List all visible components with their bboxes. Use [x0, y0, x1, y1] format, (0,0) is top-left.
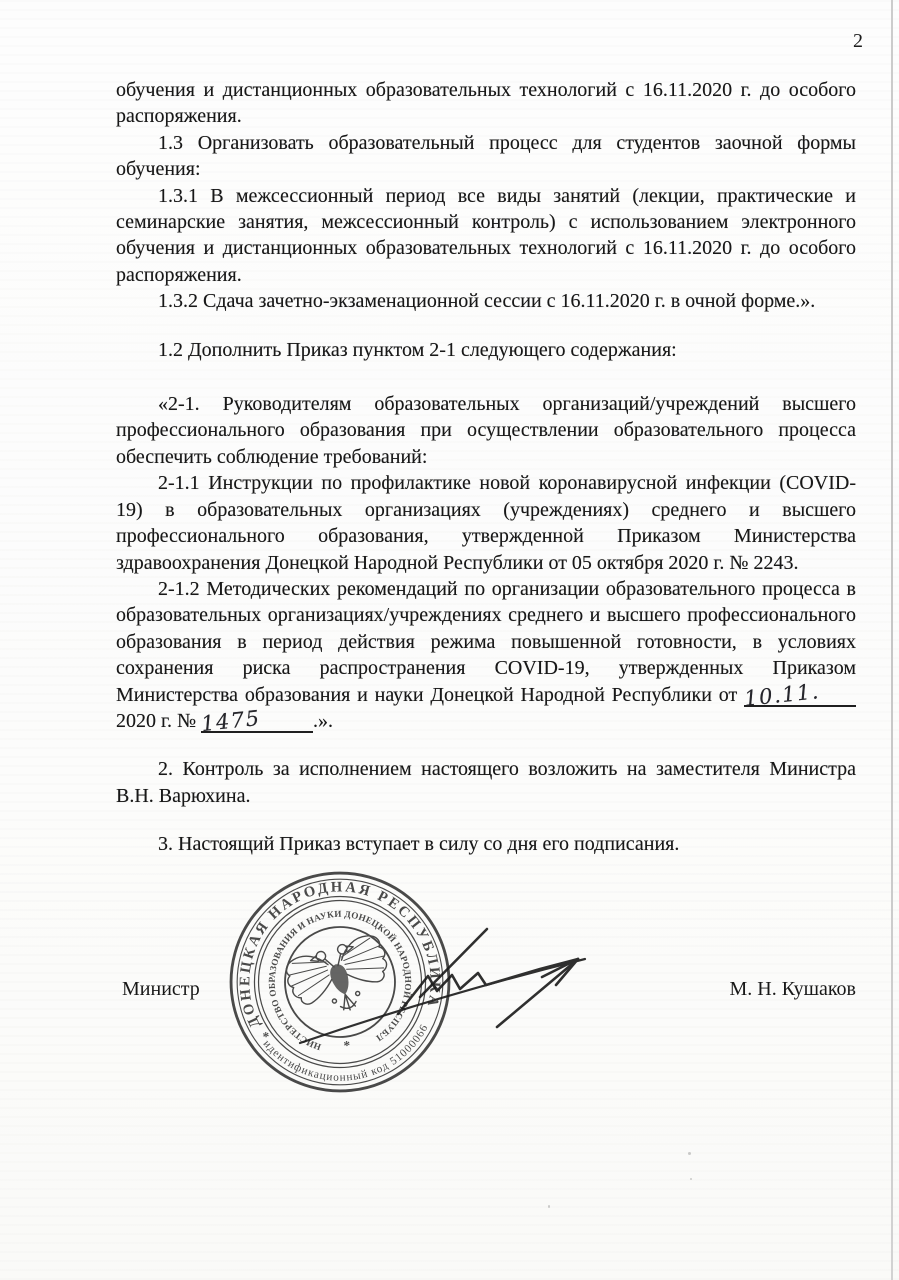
scan-edge-line [891, 0, 893, 1280]
document-paragraph: 2. Контроль за исполнением настоящего во… [116, 756, 856, 809]
scan-speck [548, 1205, 550, 1208]
paragraph-text: 2020 г. № [116, 710, 196, 732]
scan-speck [690, 1178, 692, 1180]
page-number: 2 [853, 30, 863, 53]
document-paragraph: 1.3 Организовать образовательный процесс… [116, 130, 856, 183]
handwritten-date: 10.11. [743, 681, 820, 709]
document-paragraph-with-blanks: 2-1.2 Методических рекомендаций по орган… [116, 576, 856, 734]
document-paragraph: «2-1. Руководителям образовательных орга… [116, 391, 856, 470]
scan-speck [688, 1152, 691, 1155]
minister-signature [250, 906, 622, 1048]
order-number-blank: 1475 [201, 710, 313, 733]
document-paragraph: 1.3.1 В межсессионный период все виды за… [116, 183, 856, 289]
date-blank: 10.11. [744, 684, 856, 707]
scanned-order-page: 2 обучения и дистанционных образовательн… [0, 0, 899, 1280]
document-paragraph: обучения и дистанционных образовательных… [116, 77, 856, 130]
paragraph-text: .». [313, 710, 333, 732]
signature-block: Министр М. Н. Кушаков ДОНЕЦКАЯ НАРОДНАЯ … [116, 872, 856, 1117]
document-paragraph: 2-1.1 Инструкции по профилактике новой к… [116, 470, 856, 576]
document-paragraph: 3. Настоящий Приказ вступает в силу со д… [116, 831, 856, 857]
minister-name: М. Н. Кушаков [730, 976, 856, 1002]
document-body: обучения и дистанционных образовательных… [116, 77, 856, 1117]
document-paragraph: 1.2 Дополнить Приказ пунктом 2-1 следующ… [116, 337, 856, 363]
handwritten-order-number: 1475 [200, 708, 261, 734]
minister-title: Министр [122, 976, 200, 1002]
document-paragraph: 1.3.2 Сдача зачетно-экзаменационной сесс… [116, 288, 856, 314]
